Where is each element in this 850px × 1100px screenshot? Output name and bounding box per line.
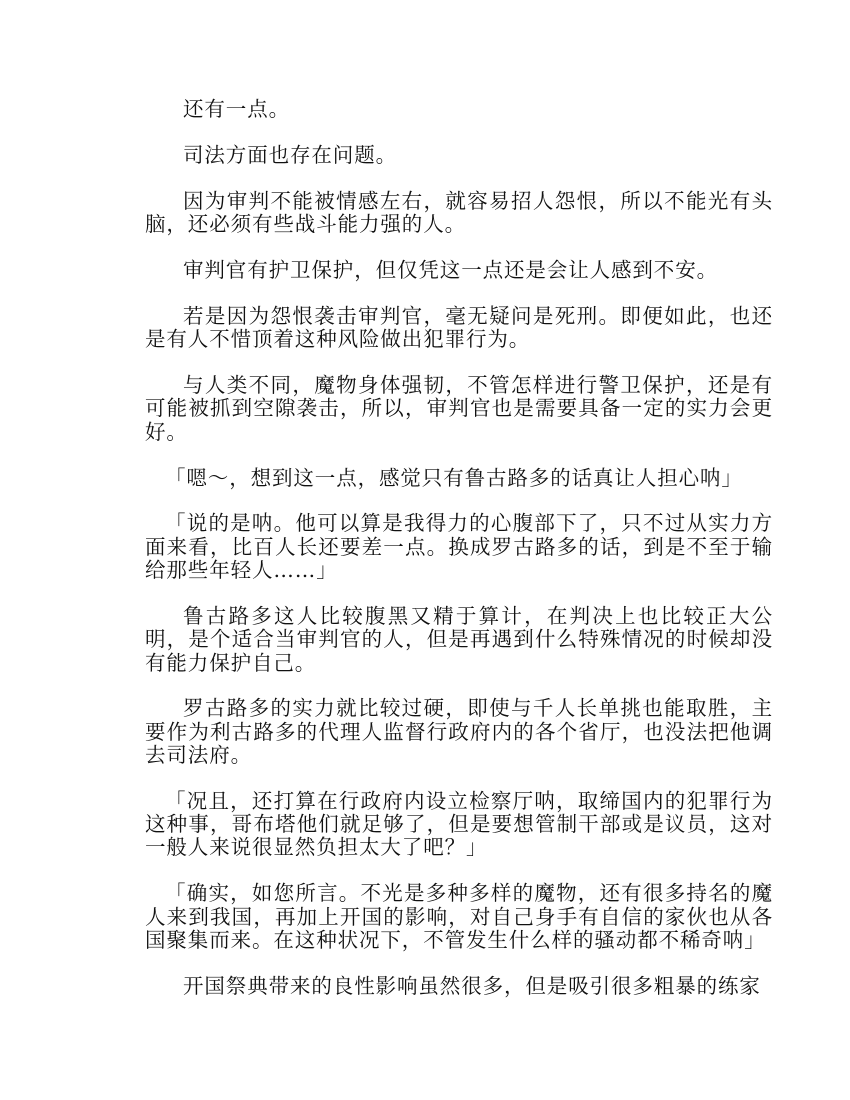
paragraph: 若是因为怨恨袭击审判官，毫无疑问是死刑。即便如此，也还是有人不惜顶着这种风险做出…: [145, 305, 773, 352]
paragraph: 还有一点。: [145, 98, 773, 121]
dialogue-paragraph: 「况且，还打算在行政府内设立检察厅呐，取缔国内的犯罪行为这种事，哥布塔他们就足够…: [145, 790, 773, 860]
paragraph: 鲁古路多这人比较腹黑又精于算计，在判决上也比较正大公明，是个适合当审判官的人，但…: [145, 605, 773, 675]
dialogue-paragraph: 「嗯～，想到这一点，感觉只有鲁古路多的话真让人担心呐」: [145, 467, 773, 490]
paragraph: 审判官有护卫保护，但仅凭这一点还是会让人感到不安。: [145, 259, 773, 282]
document-page: 还有一点。 司法方面也存在问题。 因为审判不能被情感左右，就容易招人怨恨，所以不…: [145, 98, 773, 1021]
dialogue-paragraph: 「说的是呐。他可以算是我得力的心腹部下了，只不过从实力方面来看，比百人长还要差一…: [145, 512, 773, 582]
dialogue-paragraph: 「确实，如您所言。不光是多种多样的魔物，还有很多持名的魔人来到我国，再加上开国的…: [145, 882, 773, 952]
paragraph: 罗古路多的实力就比较过硬，即使与千人长单挑也能取胜，主要作为利古路多的代理人监督…: [145, 697, 773, 767]
paragraph: 开国祭典带来的良性影响虽然很多，但是吸引很多粗暴的练家: [145, 975, 773, 998]
paragraph: 司法方面也存在问题。: [145, 144, 773, 167]
paragraph: 因为审判不能被情感左右，就容易招人怨恨，所以不能光有头脑，还必须有些战斗能力强的…: [145, 190, 773, 237]
paragraph: 与人类不同，魔物身体强韧，不管怎样进行警卫保护，还是有可能被抓到空隙袭击，所以，…: [145, 374, 773, 444]
